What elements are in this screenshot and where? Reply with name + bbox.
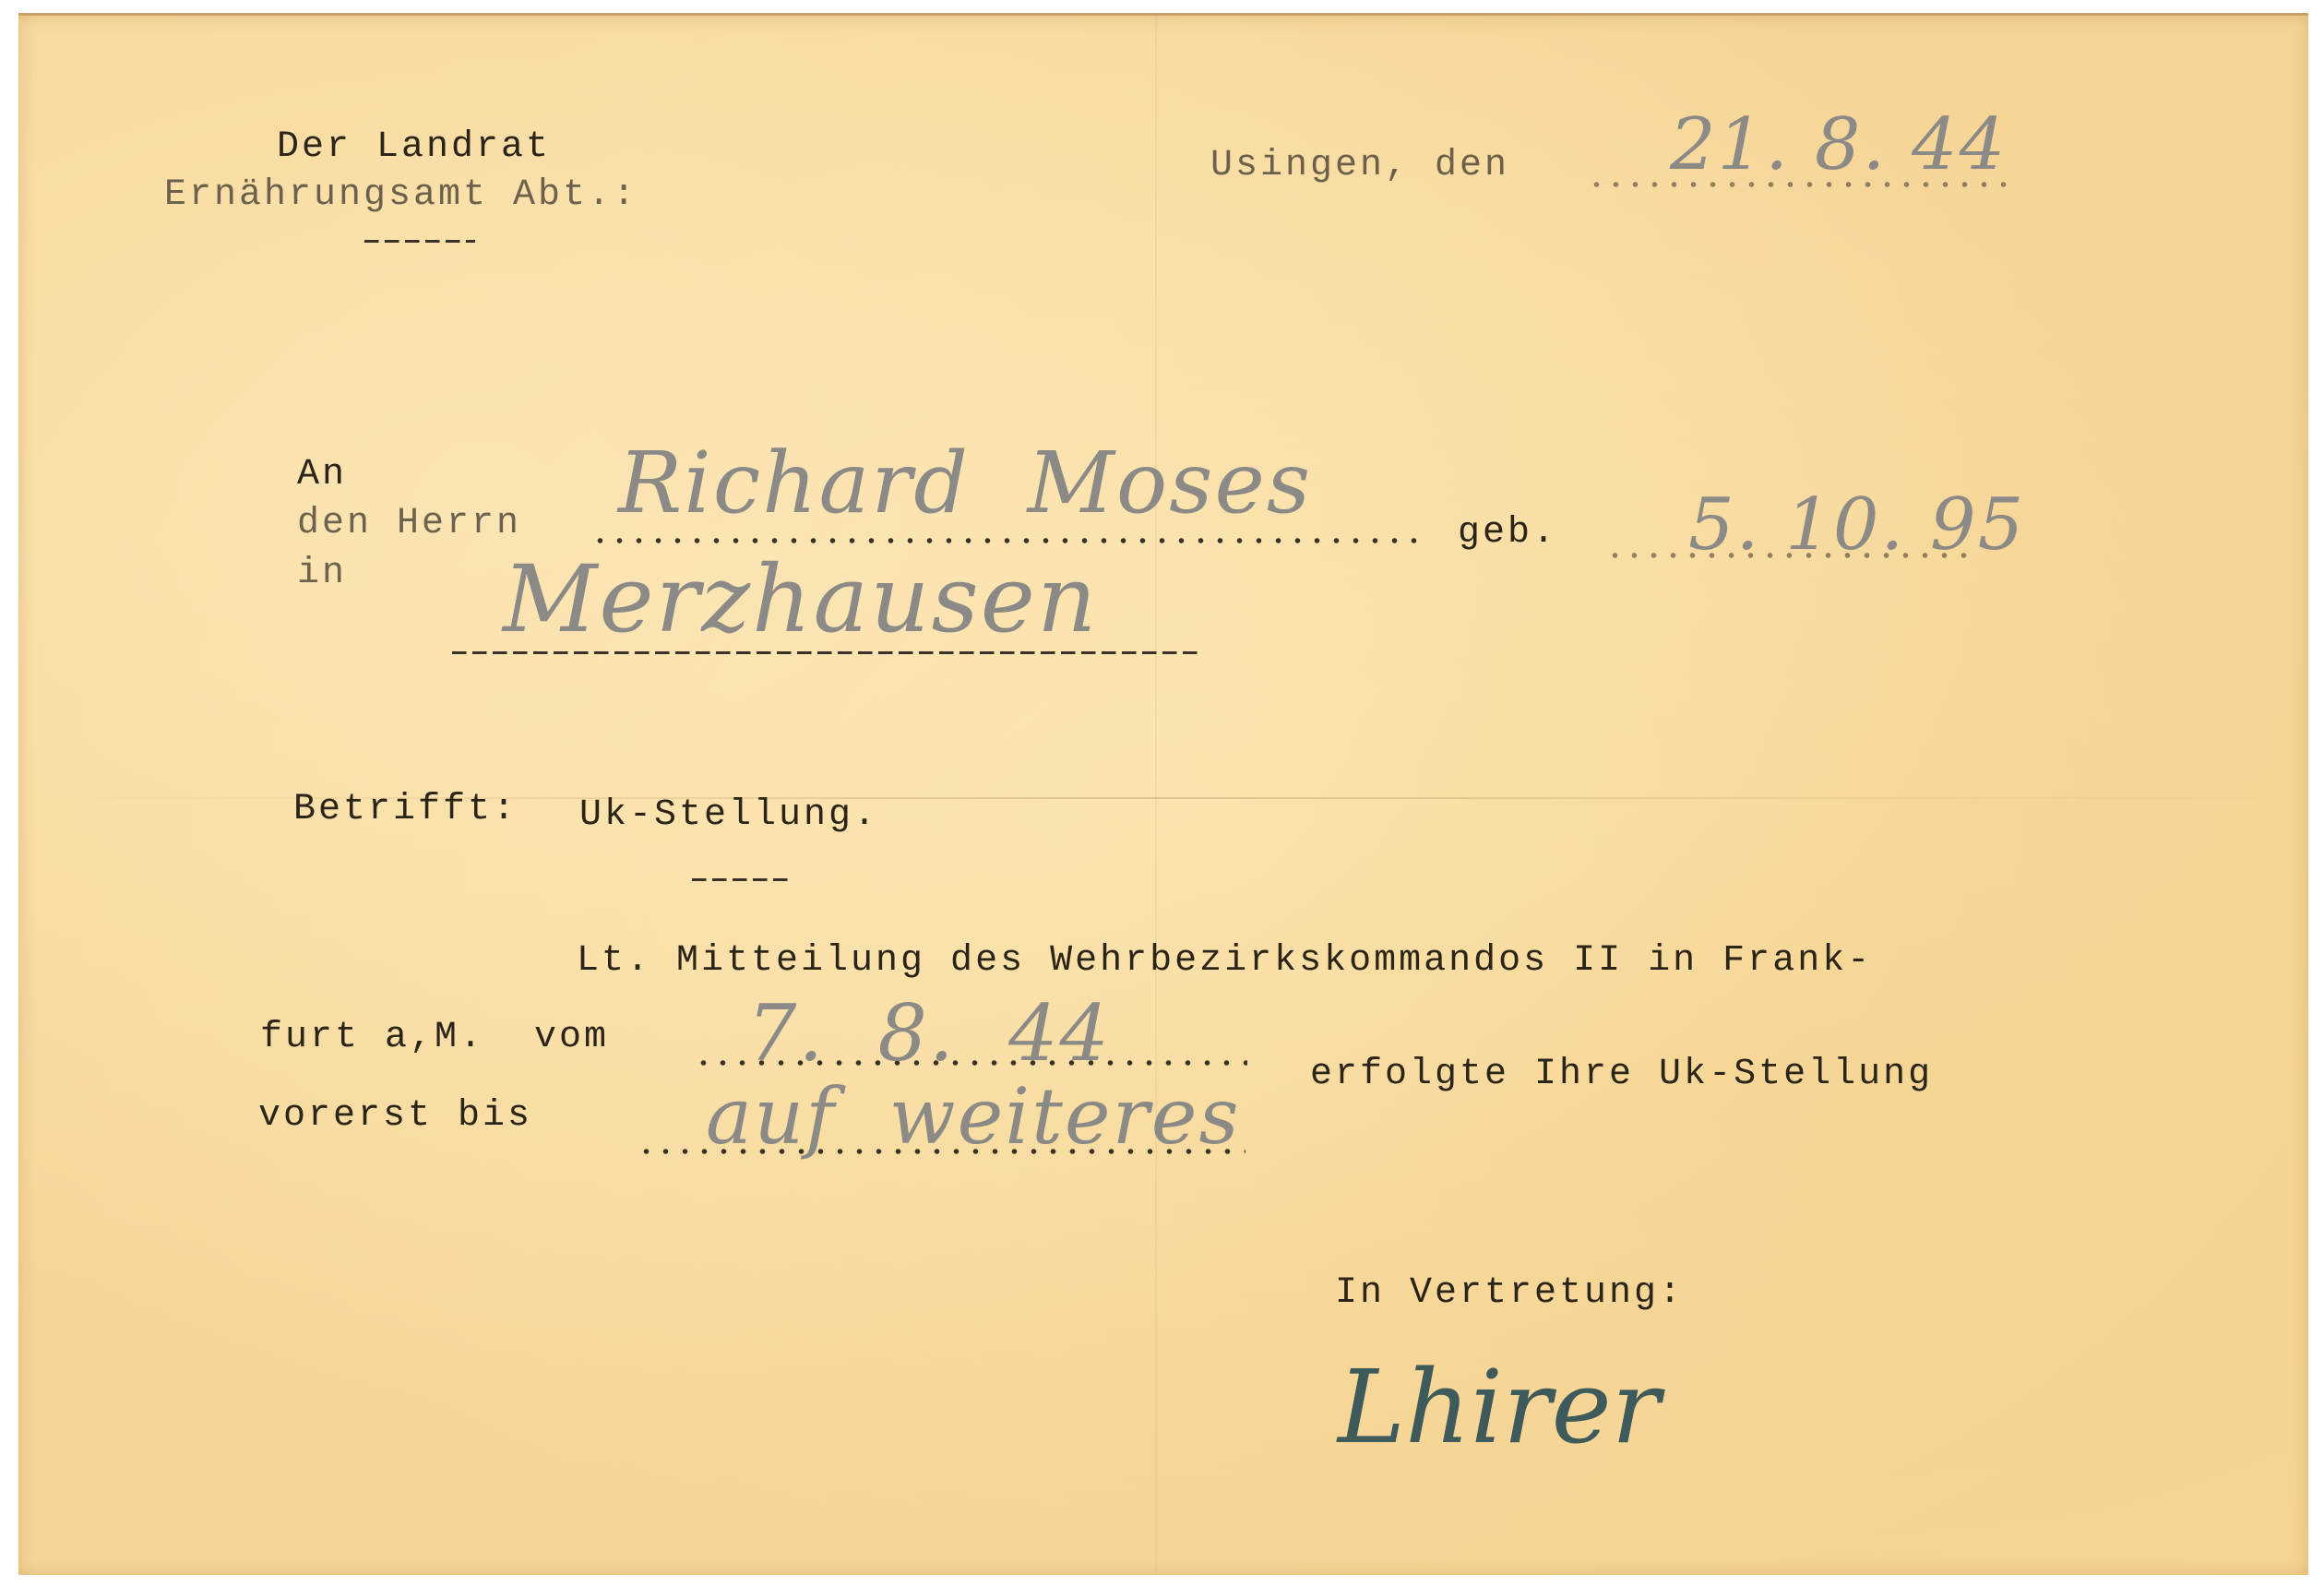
vom-date-handwritten: 7. 8. 44 (747, 995, 1111, 1072)
subject-label: Betrifft: (293, 792, 518, 829)
geb-label: geb. (1458, 515, 1557, 552)
authority-line-2: Ernährungsamt Abt.: (164, 177, 638, 214)
authority-line-1: Der Landrat (277, 129, 551, 166)
signature: Lhirer (1338, 1356, 1660, 1458)
bis-handwritten: auf weiteres (706, 1078, 1241, 1155)
recipient-name-handwritten: Richard Moses (618, 441, 1312, 526)
town-handwritten: Merzhausen (503, 554, 1098, 646)
birthdate-handwritten: 5. 10. 95 (1688, 489, 2025, 561)
date-handwritten: 21. 8. 44 (1670, 109, 2007, 181)
name-dotted-line (590, 537, 1421, 544)
place-date-label: Usingen, den (1210, 148, 1509, 185)
in-label: in (297, 555, 347, 592)
an-label: An (297, 457, 347, 494)
body-line-1: Lt. Mitteilung des Wehrbezirkskommandos … (577, 943, 1872, 980)
body-line-3-prefix: vorerst bis (258, 1098, 532, 1135)
body-line-2-prefix: furt a,M. vom (260, 1020, 609, 1056)
subject-underline (692, 878, 793, 881)
closing-label: In Vertretung: (1335, 1275, 1684, 1312)
fold-line-vertical (1155, 16, 1157, 1575)
header-underline (364, 240, 475, 243)
body-line-2-suffix: erfolgte Ihre Uk-Stellung (1310, 1056, 1933, 1093)
subject-value: Uk-Stellung. (579, 797, 878, 834)
herrn-label: den Herrn (297, 506, 521, 543)
